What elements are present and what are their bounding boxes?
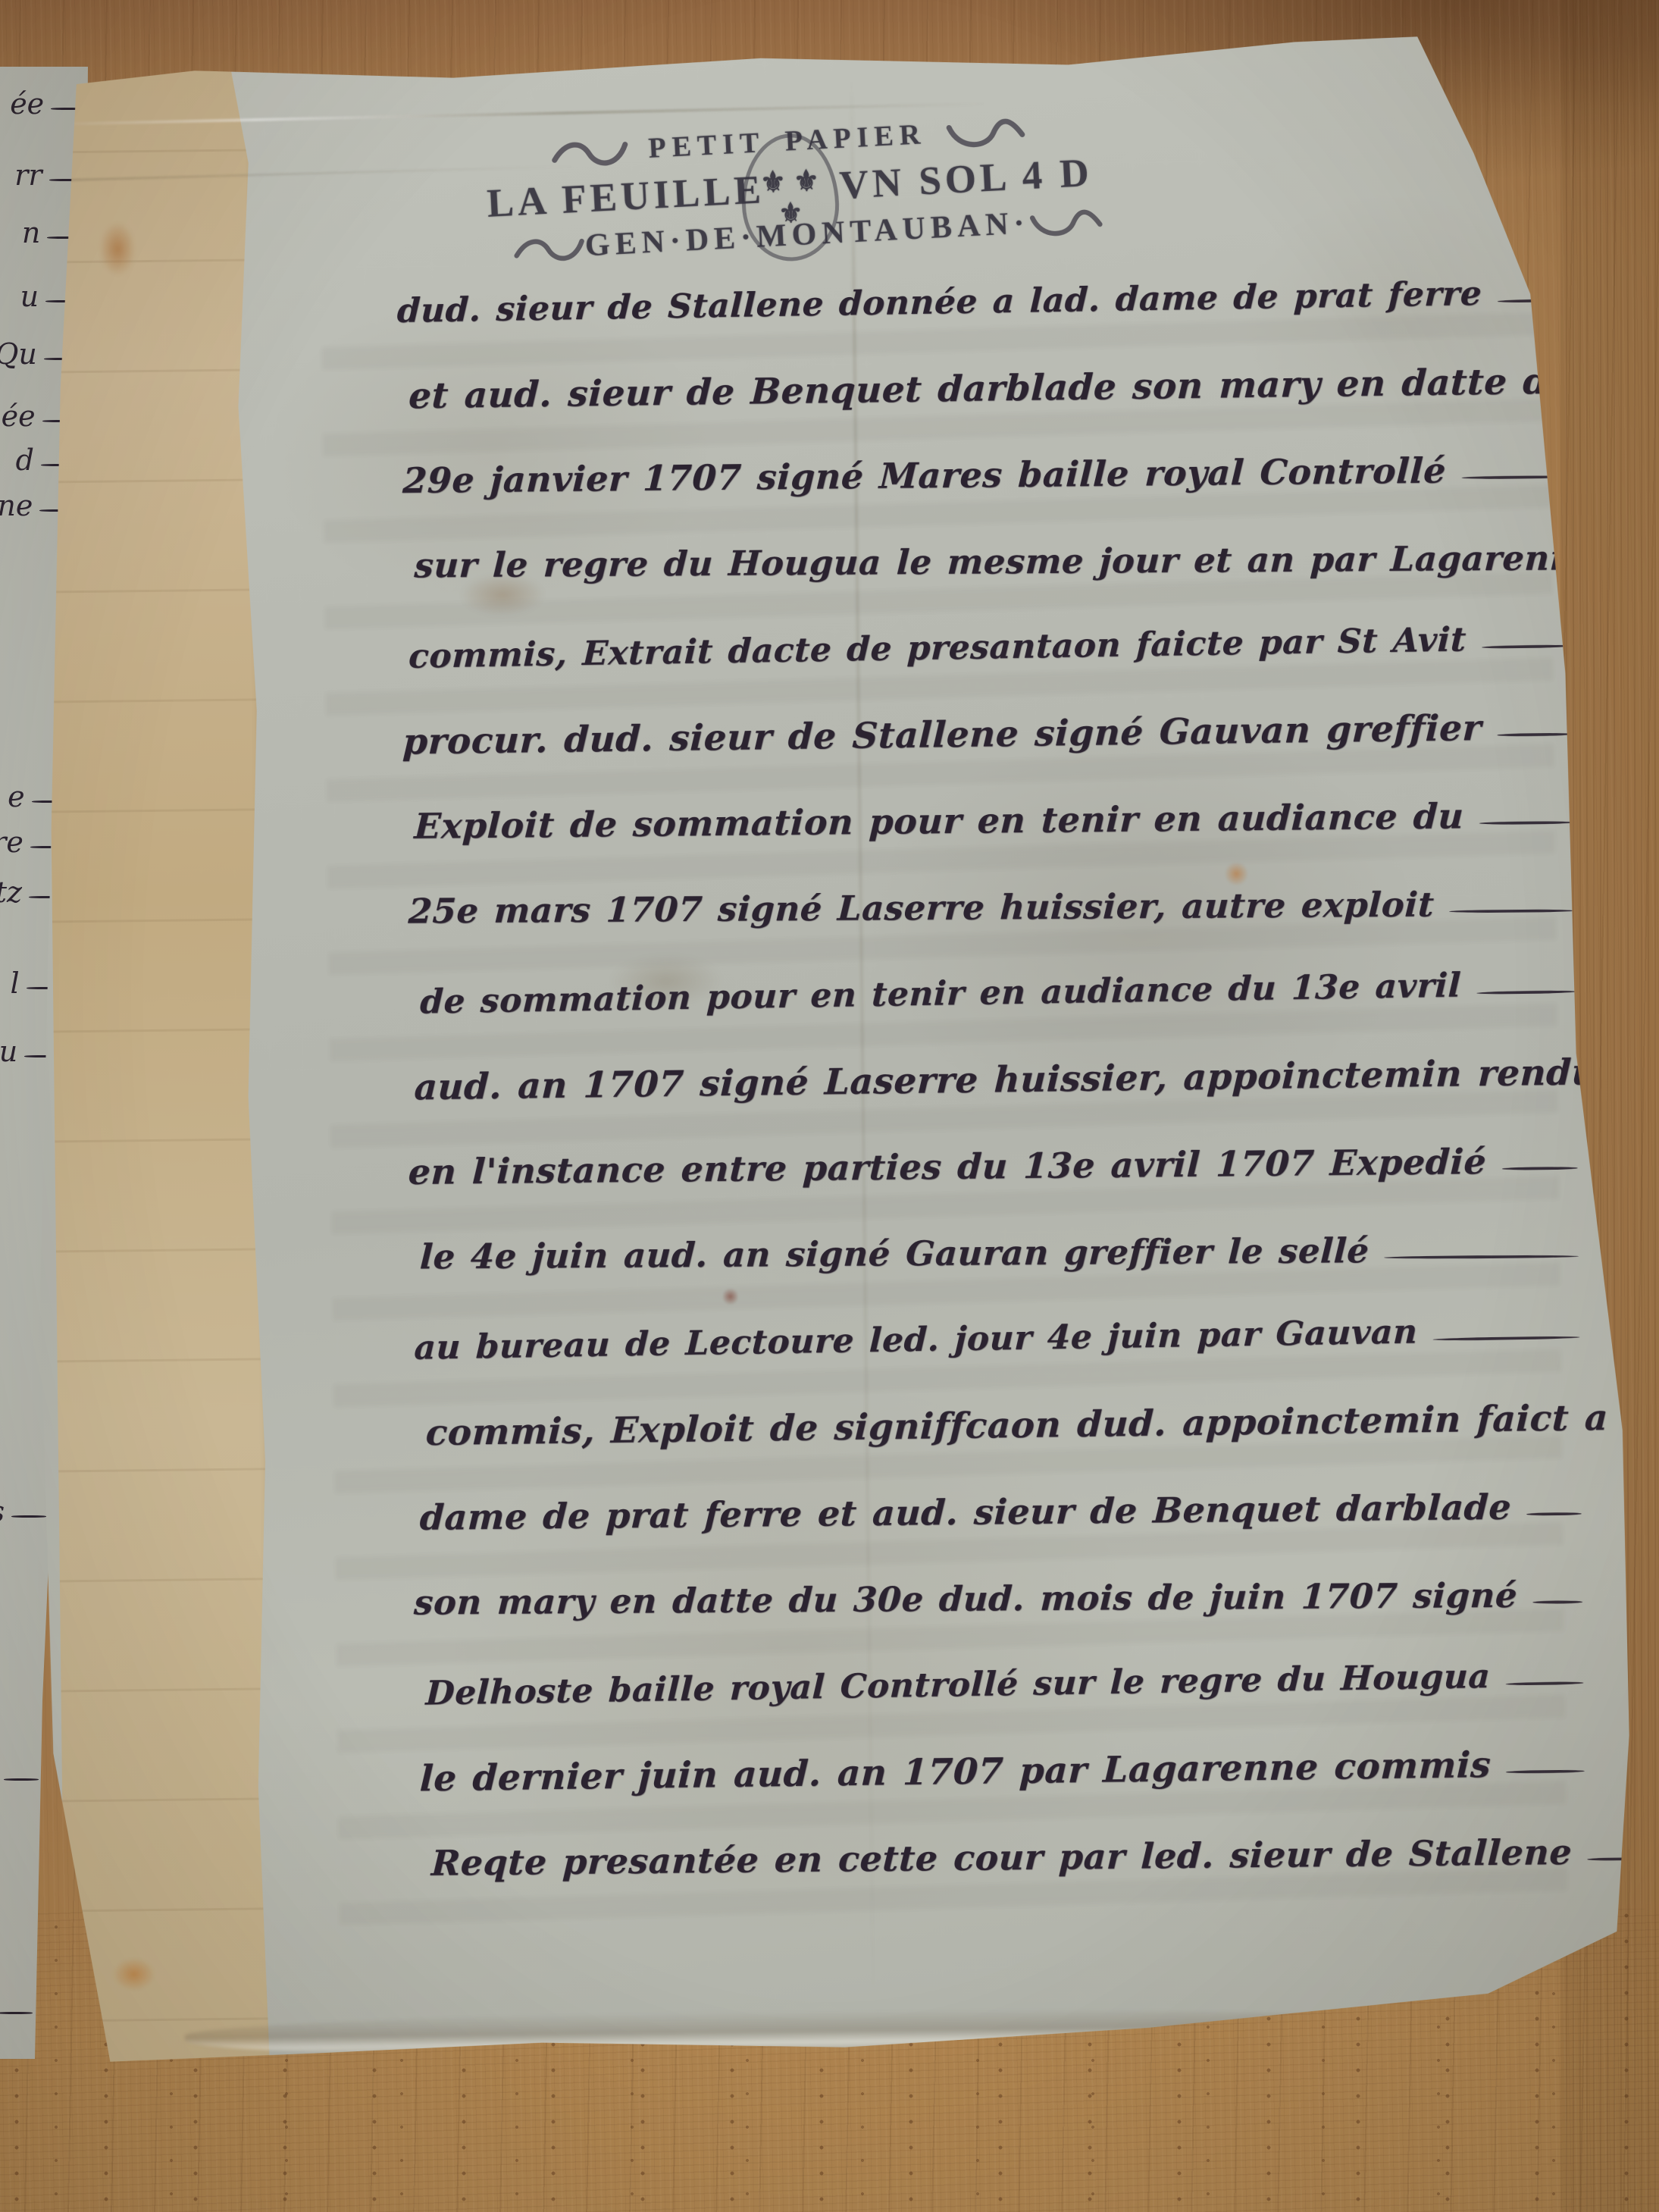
line-end-flourish-dash <box>1501 1167 1578 1170</box>
script-line: et aud. sieur de Benquet darblade son ma… <box>397 338 1570 440</box>
script-line: sur le regre du Hougua le mesme jour et … <box>399 514 1573 608</box>
script-line: en l'instance entre parties du 13e avril… <box>406 1117 1579 1215</box>
script-line: le 4e juin aud. an signé Gauran greffier… <box>408 1205 1581 1299</box>
script-line: 29e janvier 1707 signé Mares baille roya… <box>399 426 1572 524</box>
photograph-of-manuscript-on-desk: éerrnuQuéedneeoretzluseue PETIT PAPIER L… <box>0 0 1659 2212</box>
handwritten-line-text: son mary en datte du 30e dud. mois de ju… <box>413 1578 1518 1619</box>
script-line: 25e mars 1707 signé Laserre huissier, au… <box>404 860 1577 954</box>
script-line: de sommation pour en tenir en audiance d… <box>404 941 1578 1046</box>
script-line: aud. an 1707 signé Laserre huissier, app… <box>405 1029 1579 1130</box>
left-page-fragment-text: tz <box>0 878 22 907</box>
left-page-fragment-text: Qu <box>0 340 37 368</box>
crest-fleurs-top: ⚜ ⚜ <box>759 167 819 198</box>
line-end-flourish-dash <box>1482 644 1572 649</box>
stamp-flourish-icon <box>1028 204 1103 238</box>
line-end-flourish-dash <box>1479 821 1573 825</box>
handwritten-line-text: 25e mars 1707 signé Laserre huissier, au… <box>408 887 1435 928</box>
handwritten-line-text: dame de prat ferre et aud. sieur de Benq… <box>419 1490 1512 1535</box>
handwritten-line-text: de sommation pour en tenir en audiance d… <box>419 969 1461 1019</box>
crest-fleur-bottom: ⚜ <box>778 199 803 227</box>
handwritten-line-text: commis, Extrait dacte de presantaon faic… <box>408 623 1466 673</box>
line-end-flourish-dash <box>1433 1336 1580 1341</box>
line-end-flourish-dash <box>1532 1600 1582 1603</box>
left-page-fragment-text: ne <box>0 491 33 520</box>
line-end-flourish-dash <box>1506 1769 1585 1773</box>
line-end-flourish-dash <box>1505 1681 1583 1686</box>
left-page-fragment-text: s <box>0 1497 5 1526</box>
stamp-text-vn-sol-4d: VN SOL 4 D <box>838 150 1094 208</box>
handwritten-line-text: Reqte presantée en cette cour par led. s… <box>430 1834 1573 1881</box>
handwritten-line-text: sur le regre du Hougua le mesme jour et … <box>414 540 1598 582</box>
left-page-fragment-text: u <box>0 1037 17 1066</box>
stamp-text-la-feuille: LA FEUILLE <box>486 167 765 227</box>
script-line: commis, Exploit de signiffcaon dud. appo… <box>409 1374 1582 1476</box>
handwritten-line-text: au bureau de Lectoure led. jour 4e juin … <box>414 1315 1419 1364</box>
handwritten-text-block: dud. sieur de Stallene donnée a lad. dam… <box>396 252 1587 1907</box>
script-line: son mary en datte du 30e dud. mois de ju… <box>412 1551 1585 1645</box>
handwritten-line-text: le dernier juin aud. an 1707 par Lagaren… <box>419 1747 1492 1796</box>
left-page-fragment-text: ée <box>2 402 36 431</box>
left-page-fragment-text: rr <box>14 161 42 190</box>
left-page-line-dash <box>0 2012 33 2014</box>
left-page-fragment-text: ore <box>0 828 23 857</box>
line-end-flourish-dash <box>1476 990 1576 995</box>
handwritten-line-text: Exploit de sommation pour en tenir en au… <box>414 798 1465 844</box>
left-page-fragment-text: l <box>11 969 20 998</box>
left-page-line-dash <box>4 1778 39 1781</box>
handwritten-line-text: procur. dud. sieur de Stallene signé Gau… <box>402 710 1482 760</box>
handwritten-line-text: Delhoste baille royal Controllé sur le r… <box>425 1660 1491 1711</box>
left-page-fragment-text: n <box>22 218 40 247</box>
tax-stamp: PETIT PAPIER LA FEUILLE VN SOL 4 D GEN·D… <box>484 109 1096 269</box>
handwritten-line-text: 29e janvier 1707 signé Mares baille roya… <box>402 453 1446 498</box>
line-end-flourish-dash <box>1526 1512 1582 1516</box>
left-page-line-ending: ue <box>0 1994 33 2022</box>
script-line: commis, Extrait dacte de presantaon faic… <box>400 595 1574 700</box>
left-page-fragment-text: d <box>16 446 34 475</box>
left-page-fragment-text: u <box>20 282 39 311</box>
script-line: au bureau de Lectoure led. jour 4e juin … <box>408 1286 1582 1392</box>
handwritten-line-text: dud. sieur de Stallene donnée a lad. dam… <box>396 277 1482 328</box>
handwritten-line-text: aud. an 1707 signé Laserre huissier, app… <box>414 1054 1599 1105</box>
handwritten-line-text: en l'instance entre parties du 13e avril… <box>408 1144 1487 1189</box>
line-end-flourish-dash <box>1497 732 1573 736</box>
script-line: dud. sieur de Stallene donnée a lad. dam… <box>396 249 1570 355</box>
script-line: procur. dud. sieur de Stallene signé Gau… <box>402 683 1575 785</box>
fleur-de-lis-icon: ⚜ <box>793 167 819 196</box>
left-page-fragment-text: e <box>8 782 25 811</box>
stamp-flourish-icon <box>512 230 586 265</box>
rust-stain <box>99 221 136 277</box>
fleur-de-lis-icon: ⚜ <box>778 198 804 229</box>
script-line: Reqte presantée en cette cour par led. s… <box>415 1809 1588 1907</box>
handwritten-line-text: et aud. sieur de Benquet darblade son ma… <box>408 363 1575 414</box>
handwritten-line-text: commis, Exploit de signiffcaon dud. appo… <box>425 1399 1659 1451</box>
script-line: dame de prat ferre et aud. sieur de Benq… <box>410 1463 1583 1561</box>
fold-strip <box>42 41 278 2073</box>
fleur-de-lis-icon: ⚜ <box>759 168 786 198</box>
handwritten-line-text: le 4e juin aud. an signé Gauran greffier… <box>419 1233 1369 1274</box>
left-page-line-ending: s <box>0 1497 46 1526</box>
script-line: Delhoste baille royal Controllé sur le r… <box>412 1632 1586 1737</box>
stamp-flourish-icon <box>946 113 1026 149</box>
left-page-line-dash <box>11 1515 46 1518</box>
line-end-flourish-dash <box>1385 1255 1579 1259</box>
line-end-flourish-dash <box>1449 909 1575 913</box>
fold-strip-creases <box>42 41 278 2073</box>
script-line: le dernier juin aud. an 1707 par Lagaren… <box>413 1720 1586 1822</box>
stamp-text-petit: PETIT <box>647 126 765 165</box>
left-page-line-ending: e <box>0 1760 39 1789</box>
script-line: Exploit de sommation pour en tenir en au… <box>402 772 1576 869</box>
left-page-fragment-text: ée <box>10 89 44 118</box>
left-page-line-ending: ée <box>0 89 86 118</box>
manuscript-sheet: PETIT PAPIER LA FEUILLE VN SOL 4 D GEN·D… <box>0 30 1641 2069</box>
stamp-flourish-icon <box>549 133 629 169</box>
